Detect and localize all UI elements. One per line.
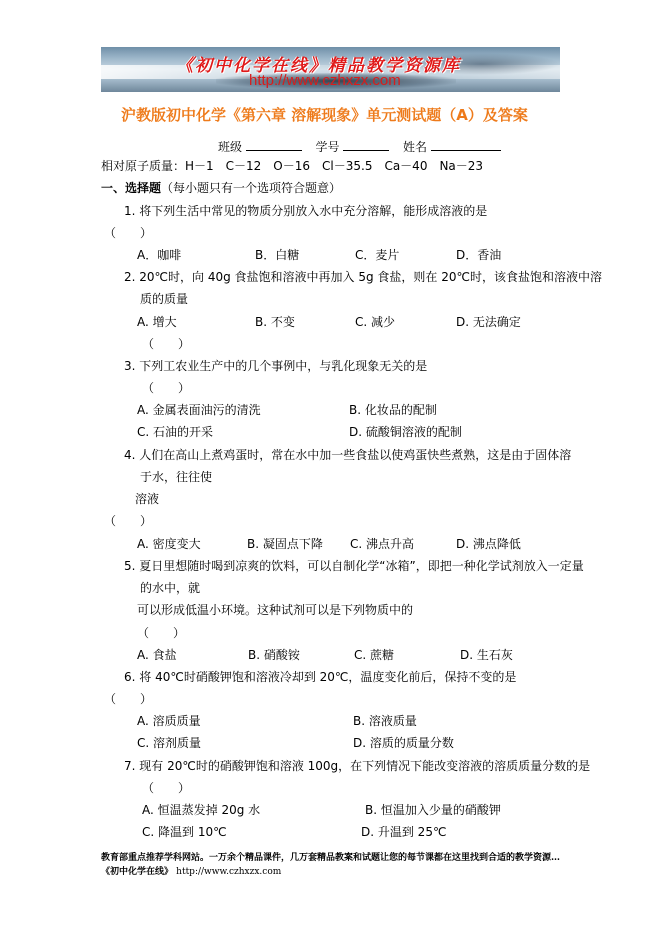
question-7-option-d[interactable]: D. 升温到 25℃ [361,825,446,839]
class-label: 班级 [218,140,242,154]
question-4-option-d[interactable]: D. 沸点降低 [456,537,521,551]
question-5-option-c[interactable]: C. 蔗糖 [354,648,394,662]
question-1-option-b[interactable]: B．白糖 [255,248,299,262]
question-4-option-b[interactable]: B. 凝固点下降 [247,537,323,551]
footer-text: 教育部重点推荐学科网站。一万余个精品课件，几万套精品教案和试题让您的每节课都在这… [101,853,560,877]
question-6-stem: 6. 将 40℃时硝酸钾饱和溶液冷却到 20℃，温度变化前后，保持不变的是 [124,670,516,684]
question-1-stem: 1. 将下列生活中常见的物质分别放入水中充分溶解，能形成溶液的是 [124,204,487,218]
atomic-masses: 相对原子质量：H－1 C－12 O－16 Cl－35.5 Ca－40 Na－23 [101,159,483,173]
question-6-answer-blank[interactable]: （ ） [104,692,152,706]
document-title: 沪教版初中化学《第六章 溶解现象》单元测试题（A）及答案 [121,104,528,125]
question-6-option-b[interactable]: B. 溶液质量 [353,714,417,728]
question-5-stem-continued-2: 可以形成低温小环境。这种试剂可以是下列物质中的 [137,603,413,617]
question-1-answer-blank[interactable]: （ ） [104,226,152,240]
question-4-answer-blank[interactable]: （ ） [104,514,152,528]
question-5-stem: 5. 夏日里想随时喝到凉爽的饮料，可以自制化学“冰箱”，即把一种化学试剂放入一定… [124,559,584,573]
question-1-option-a[interactable]: A．咖啡 [137,248,181,262]
question-4-stem-continued: 于水，往往使 [140,470,212,484]
question-3-answer-blank[interactable]: （ ） [142,381,190,395]
question-7-answer-blank[interactable]: （ ） [142,781,190,795]
question-5-answer-blank[interactable]: （ ） [137,626,185,640]
question-2-stem: 2. 20℃时，向 40g 食盐饱和溶液中再加入 5g 食盐，则在 20℃时，该… [124,270,602,284]
student-info-row: 班级 学号 姓名 [218,138,501,154]
question-7-option-b[interactable]: B. 恒温加入少量的硝酸钾 [365,803,501,817]
question-2-option-a[interactable]: A. 增大 [137,315,177,329]
question-1-option-c[interactable]: C．麦片 [355,248,399,262]
question-3-option-d[interactable]: D. 硫酸铜溶液的配制 [349,425,462,439]
question-5-option-a[interactable]: A. 食盐 [137,648,177,662]
question-6-option-c[interactable]: C. 溶剂质量 [137,736,201,750]
question-2-option-d[interactable]: D. 无法确定 [456,315,521,329]
question-6-option-a[interactable]: A. 溶质质量 [137,714,201,728]
student-number-field[interactable] [343,138,389,151]
question-5-option-d[interactable]: D. 生石灰 [460,648,513,662]
question-1-option-d[interactable]: D．香油 [456,248,501,262]
question-7-option-a[interactable]: A. 恒温蒸发掉 20g 水 [142,803,260,817]
question-2-option-c[interactable]: C. 减少 [355,315,395,329]
question-5-option-b[interactable]: B. 硝酸铵 [248,648,300,662]
question-3-stem: 3. 下列工农业生产中的几个事例中，与乳化现象无关的是 [124,359,427,373]
question-4-option-a[interactable]: A. 密度变大 [137,537,201,551]
question-4-stem: 4. 人们在高山上煮鸡蛋时，常在水中加一些食盐以使鸡蛋快些煮熟，这是由于固体溶 [124,448,571,462]
student-number-label: 学号 [316,140,340,154]
question-7-stem: 7. 现有 20℃时的硝酸钾饱和溶液 100g，在下列情况下能改变溶液的溶质质量… [124,759,590,773]
question-3-option-c[interactable]: C. 石油的开采 [137,425,213,439]
question-6-option-d[interactable]: D. 溶质的质量分数 [353,736,454,750]
question-4-option-c[interactable]: C. 沸点升高 [350,537,414,551]
section-title: 一、选择题 [101,181,161,195]
question-3-option-b[interactable]: B. 化妆品的配制 [349,403,437,417]
question-2-option-b[interactable]: B. 不变 [255,315,295,329]
question-2-stem-continued: 质的质量 [140,292,188,306]
site-banner: 《初中化学在线》精品教学资源库 http://www.czhxzx.com [101,47,560,92]
section-heading: 一、选择题（每小题只有一个选项符合题意） [101,181,341,195]
section-note: （每小题只有一个选项符合题意） [161,181,341,195]
question-3-option-a[interactable]: A. 金属表面油污的清洗 [137,403,261,417]
question-2-answer-blank[interactable]: （ ） [142,337,190,351]
name-field[interactable] [431,138,501,151]
footer-promo: 教育部重点推荐学科网站。一万余个精品课件，几万套精品教案和试题让您的每节课都在这… [101,851,571,879]
question-7-option-c[interactable]: C. 降温到 10℃ [142,825,227,839]
banner-url-link[interactable]: http://www.czhxzx.com [249,72,401,89]
question-5-stem-continued: 的水中，就 [140,581,200,595]
question-4-stem-continued-2: 溶液 [135,492,159,506]
name-label: 姓名 [403,140,427,154]
footer-url-link[interactable]: http://www.czhxzx.com [176,867,281,877]
class-field[interactable] [246,138,302,151]
